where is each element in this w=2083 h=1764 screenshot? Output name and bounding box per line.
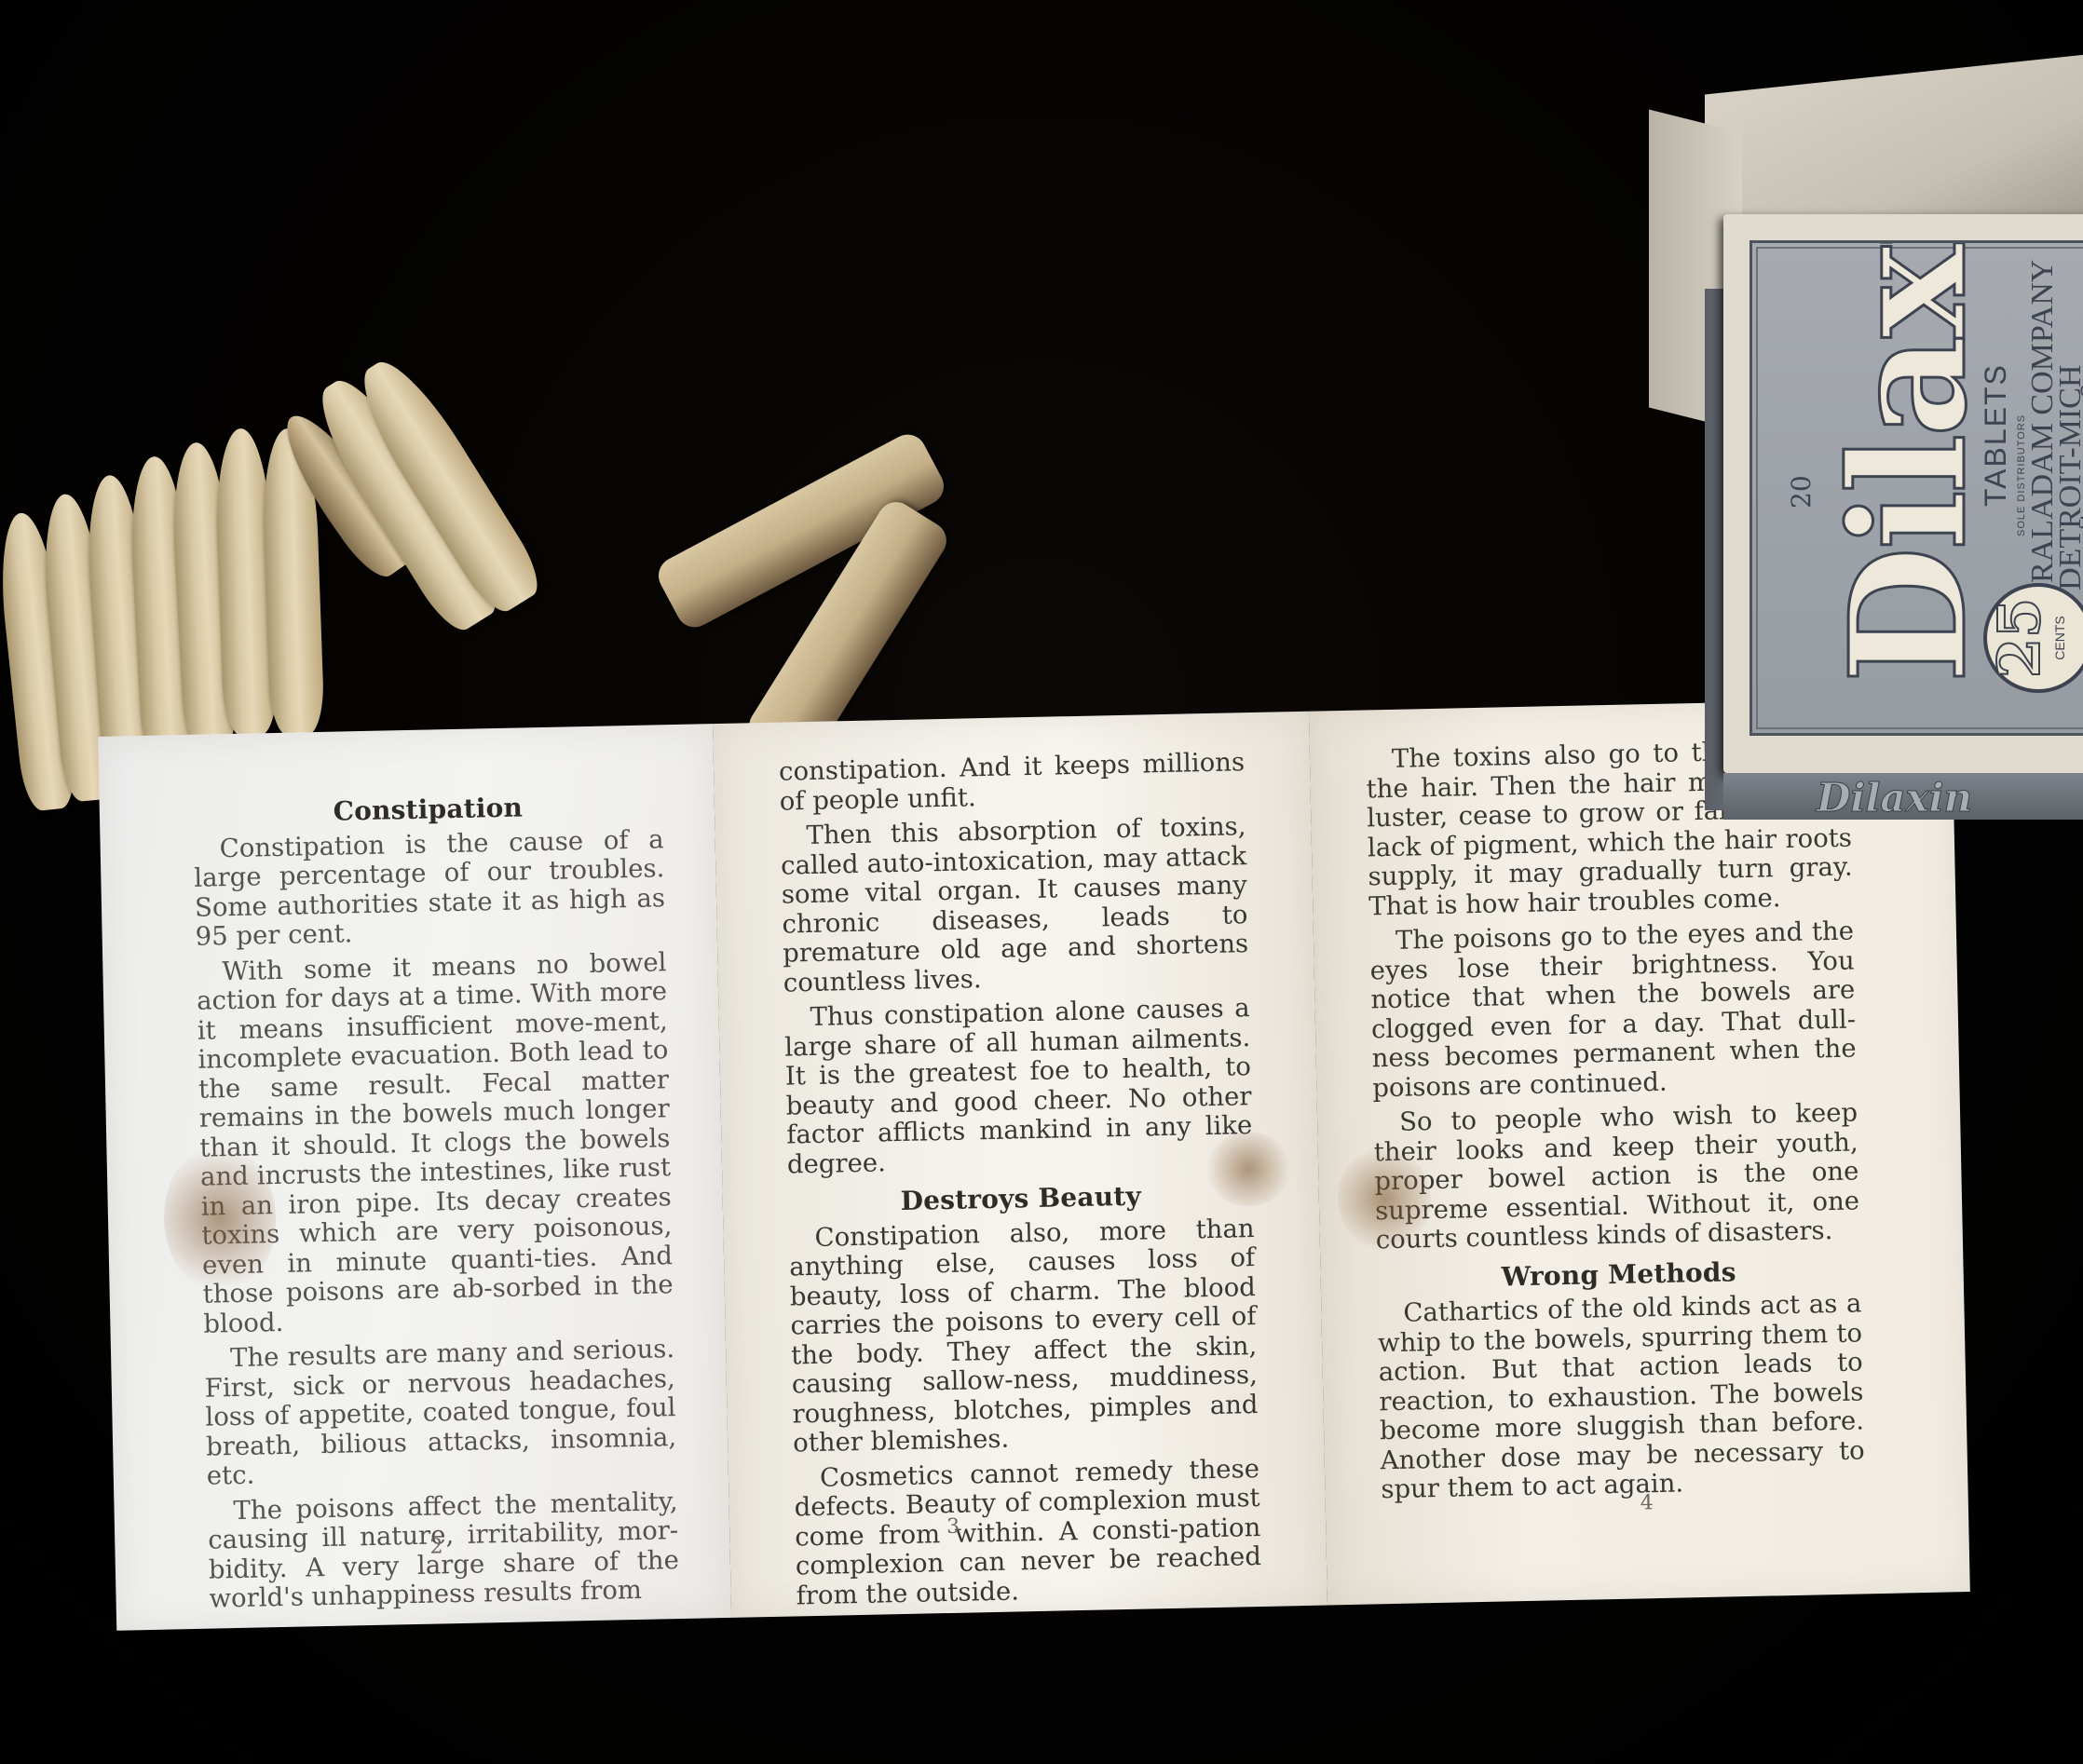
product-type: TABLETS xyxy=(1979,363,2013,507)
paragraph: So to people who wish to keep their look… xyxy=(1373,1098,1860,1255)
page-number: 4 xyxy=(1633,1491,1662,1515)
heading-destroys-beauty: Destroys Beauty xyxy=(787,1179,1254,1218)
leaflet-page-3: constipation. And it keeps millions of p… xyxy=(713,712,1327,1618)
paragraph: Then this absorption of toxins, called a… xyxy=(780,812,1249,997)
side-brand-logo: Dilaxin xyxy=(1817,775,1972,821)
price-badge: 25 CENTS xyxy=(1983,583,2083,693)
box-side-bottom: Dilaxin xyxy=(1723,773,2083,820)
price-number: 25 xyxy=(1987,587,2052,689)
dilaxin-box: 20 Dilaxin TABLETS SOLE DISTRIBUTORS RAL… xyxy=(1649,65,2083,810)
paragraph-continuation: constipation. And it keeps millions of p… xyxy=(779,748,1246,816)
stain xyxy=(1205,1131,1291,1207)
brand-logo: Dilaxin xyxy=(1816,240,2002,684)
leaflet: Constipation Constipation is the cause o… xyxy=(98,698,1970,1630)
page-number: 2 xyxy=(422,1535,451,1559)
box-label: 20 Dilaxin TABLETS SOLE DISTRIBUTORS RAL… xyxy=(1749,240,2083,736)
paragraph: Cosmetics cannot remedy these defects. B… xyxy=(794,1455,1262,1611)
paragraph: With some it means no bowel action for d… xyxy=(196,948,674,1339)
box-front: 20 Dilaxin TABLETS SOLE DISTRIBUTORS RAL… xyxy=(1723,214,2083,773)
heading-constipation: Constipation xyxy=(193,790,664,829)
paragraph: Constipation also, more than anything el… xyxy=(788,1214,1259,1459)
paragraph: Cathartics of the old kinds act as a whi… xyxy=(1377,1289,1866,1504)
leaflet-page-2: Constipation Constipation is the cause o… xyxy=(98,724,731,1631)
paragraph: Thus constipation alone causes a large s… xyxy=(783,994,1253,1179)
tablet-count: 20 xyxy=(1786,475,1817,509)
page-number: 3 xyxy=(939,1515,968,1540)
heading-wrong-methods: Wrong Methods xyxy=(1376,1255,1861,1294)
paragraph: The results are many and serious. First,… xyxy=(204,1335,677,1491)
leaflet-page-4: The toxins also go to the roots of the h… xyxy=(1309,698,1970,1605)
paragraph: Constipation is the cause of a large per… xyxy=(193,825,666,953)
country: U S A xyxy=(2076,240,2083,530)
paragraph: The poisons go to the eyes and the eyes … xyxy=(1369,917,1858,1104)
price-unit: CENTS xyxy=(2052,587,2067,689)
